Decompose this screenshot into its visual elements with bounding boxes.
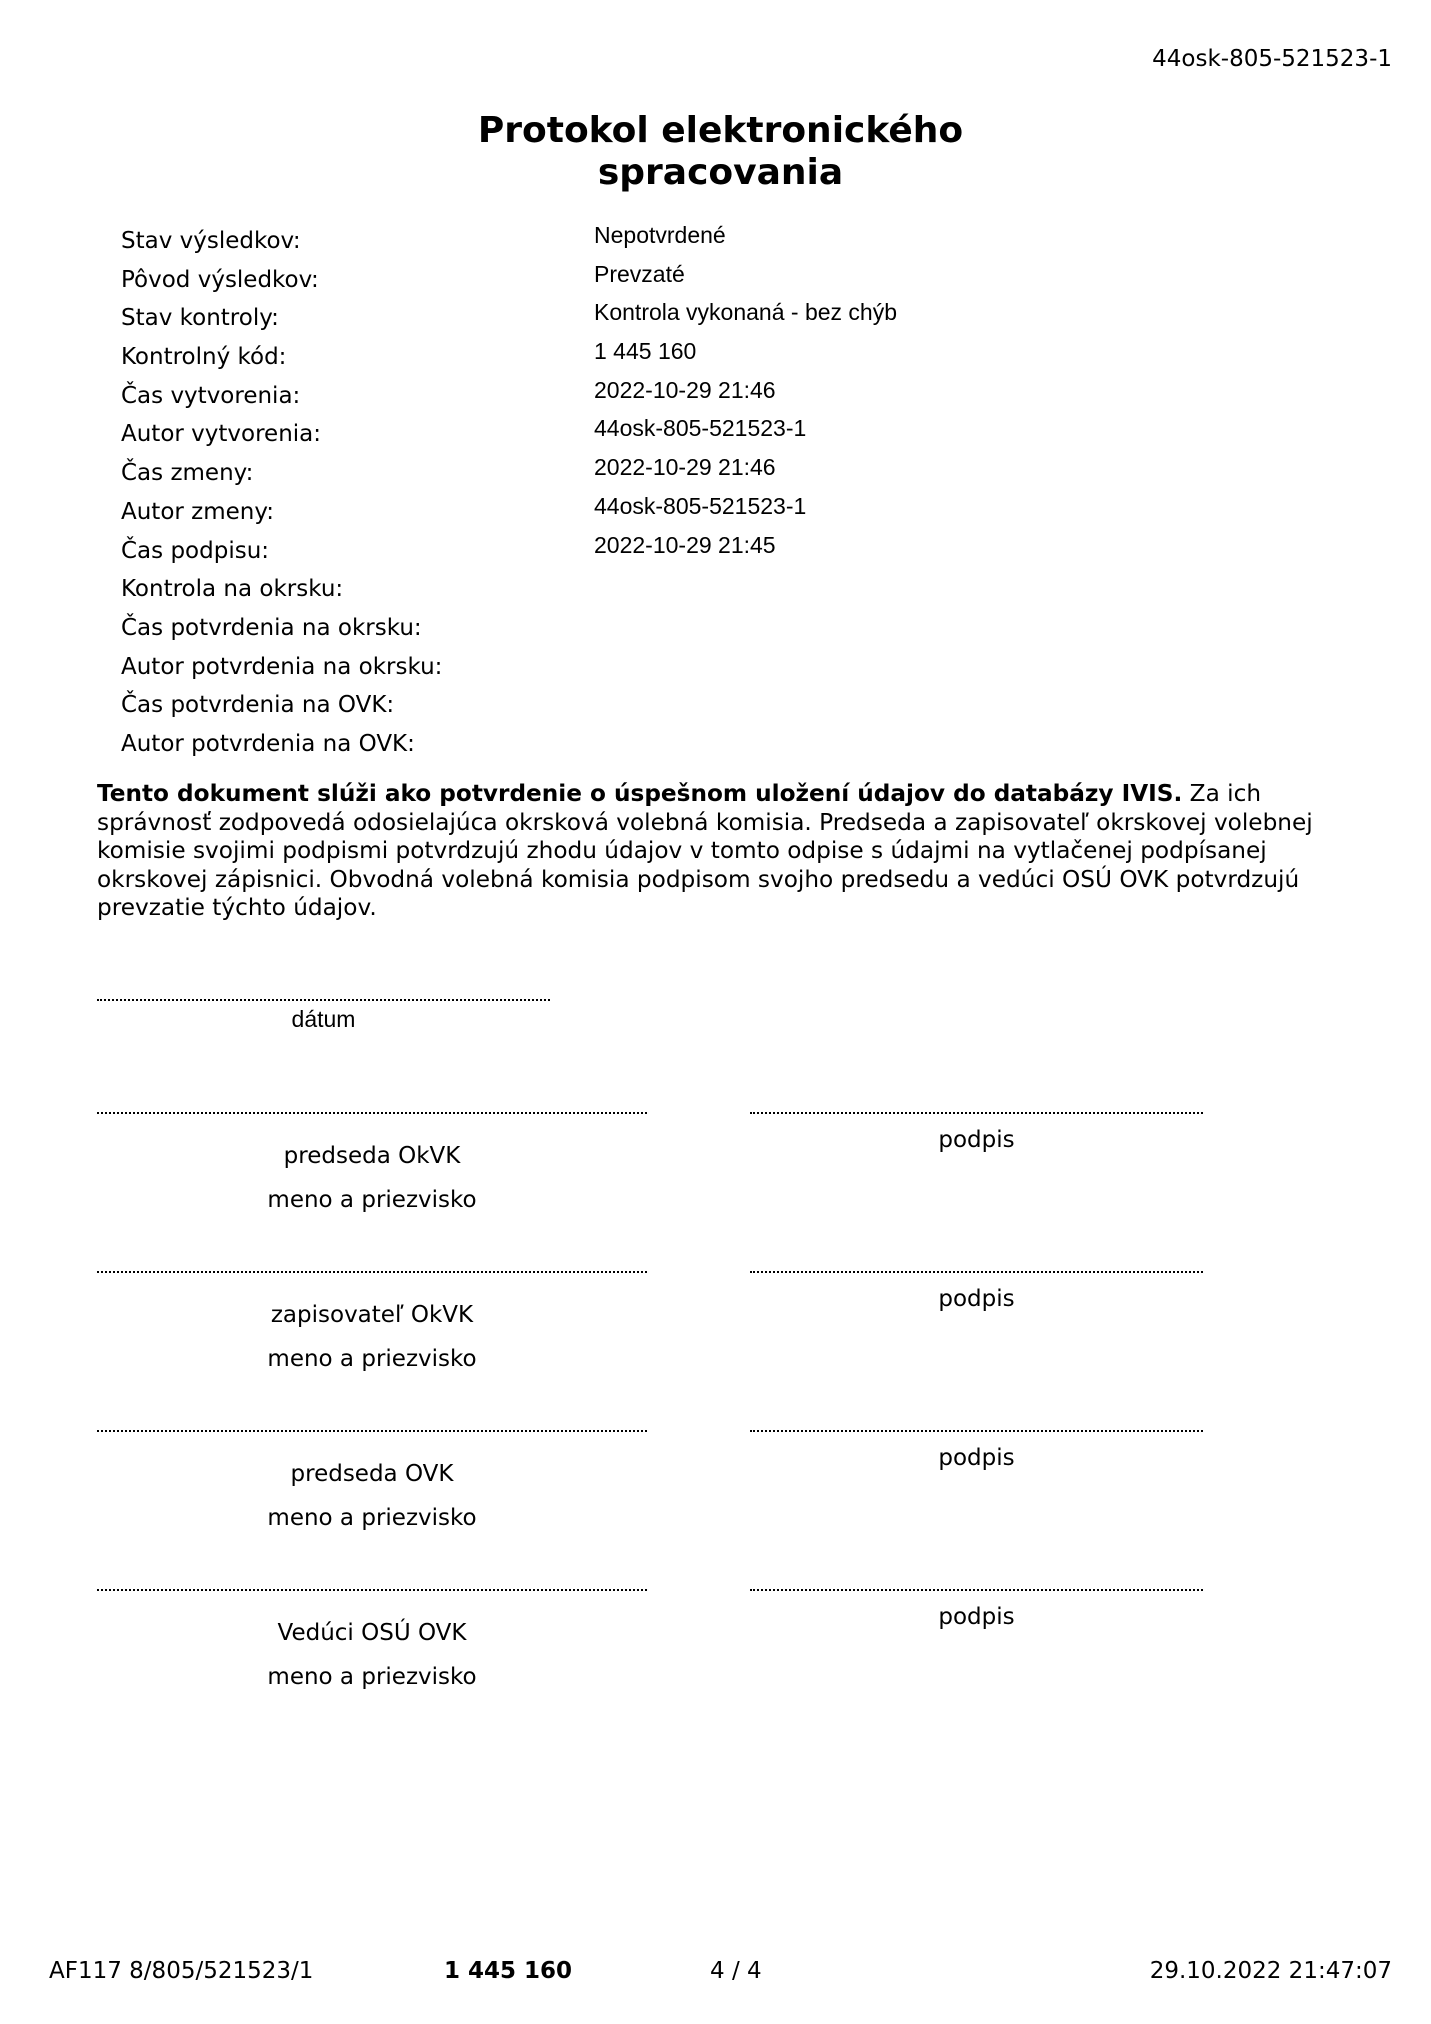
signature-dotted-line	[750, 1589, 1203, 1591]
date-dotted-line	[97, 999, 550, 1001]
field-label: Čas potvrdenia na okrsku:	[121, 609, 422, 647]
field-value: Nepotvrdené	[594, 216, 726, 254]
field-row: Autor potvrdenia na okrsku:	[121, 648, 1321, 687]
field-row: Kontrola na okrsku:	[121, 570, 1321, 609]
signature-role: zapisovateľ OkVK	[97, 1301, 647, 1329]
field-value: 44osk-805-521523-1	[594, 409, 806, 447]
name-label: meno a priezvisko	[97, 1345, 647, 1373]
field-label: Stav výsledkov:	[121, 222, 301, 260]
name-dotted-line	[97, 1589, 647, 1591]
name-label: meno a priezvisko	[97, 1504, 647, 1532]
field-label: Čas vytvorenia:	[121, 377, 300, 415]
signature-role: predseda OVK	[97, 1460, 647, 1488]
field-label: Autor potvrdenia na okrsku:	[121, 648, 442, 686]
signature-label: podpis	[750, 1444, 1203, 1472]
field-label: Čas potvrdenia na OVK:	[121, 686, 394, 724]
field-label: Autor vytvorenia:	[121, 415, 321, 453]
notice-bold-text: Tento dokument slúži ako potvrdenie o ús…	[97, 780, 1182, 807]
field-label: Autor zmeny:	[121, 493, 274, 531]
field-value: Prevzaté	[594, 255, 685, 293]
field-value: 44osk-805-521523-1	[594, 487, 806, 525]
field-row: Stav kontroly:Kontrola vykonaná - bez ch…	[121, 299, 1321, 338]
field-label: Stav kontroly:	[121, 299, 279, 337]
field-row: Čas potvrdenia na OVK:	[121, 686, 1321, 725]
name-dotted-line	[97, 1112, 647, 1114]
field-value: 1 445 160	[594, 332, 696, 370]
name-dotted-line	[97, 1271, 647, 1273]
signature-label: podpis	[750, 1126, 1203, 1154]
field-label: Kontrola na okrsku:	[121, 570, 343, 608]
name-label: meno a priezvisko	[97, 1186, 647, 1214]
date-label: dátum	[97, 1005, 550, 1033]
title-line-2: spracovania	[0, 152, 1431, 194]
document-id: 44osk-805-521523-1	[1152, 46, 1392, 72]
field-label: Kontrolný kód:	[121, 338, 286, 376]
signature-dotted-line	[750, 1430, 1203, 1432]
field-list: Stav výsledkov:NepotvrdenéPôvod výsledko…	[121, 222, 1321, 764]
field-label: Čas zmeny:	[121, 454, 253, 492]
field-row: Čas podpisu:2022-10-29 21:45	[121, 532, 1321, 571]
name-dotted-line	[97, 1430, 647, 1432]
footer-control-code: 1 445 160	[444, 1958, 572, 1984]
field-value: 2022-10-29 21:46	[594, 448, 776, 486]
page-title: Protokol elektronického spracovania	[0, 110, 1431, 194]
signature-role: Vedúci OSÚ OVK	[97, 1619, 647, 1647]
title-line-1: Protokol elektronického	[0, 110, 1431, 152]
field-row: Autor potvrdenia na OVK:	[121, 725, 1321, 764]
footer-timestamp: 29.10.2022 21:47:07	[1150, 1958, 1392, 1984]
signature-label: podpis	[750, 1285, 1203, 1313]
footer-page-number: 4 / 4	[710, 1958, 762, 1984]
field-label: Autor potvrdenia na OVK:	[121, 725, 415, 763]
field-label: Čas podpisu:	[121, 532, 269, 570]
field-value: Kontrola vykonaná - bez chýb	[594, 293, 897, 331]
confirmation-notice: Tento dokument slúži ako potvrdenie o ús…	[97, 780, 1337, 923]
footer-form-id: AF117 8/805/521523/1	[49, 1958, 313, 1984]
signature-role: predseda OkVK	[97, 1142, 647, 1170]
signature-dotted-line	[750, 1112, 1203, 1114]
field-label: Pôvod výsledkov:	[121, 261, 319, 299]
field-row: Čas potvrdenia na okrsku:	[121, 609, 1321, 648]
field-value: 2022-10-29 21:45	[594, 526, 776, 564]
signature-dotted-line	[750, 1271, 1203, 1273]
field-value: 2022-10-29 21:46	[594, 371, 776, 409]
signature-label: podpis	[750, 1603, 1203, 1631]
field-row: Stav výsledkov:Nepotvrdené	[121, 222, 1321, 261]
name-label: meno a priezvisko	[97, 1663, 647, 1691]
